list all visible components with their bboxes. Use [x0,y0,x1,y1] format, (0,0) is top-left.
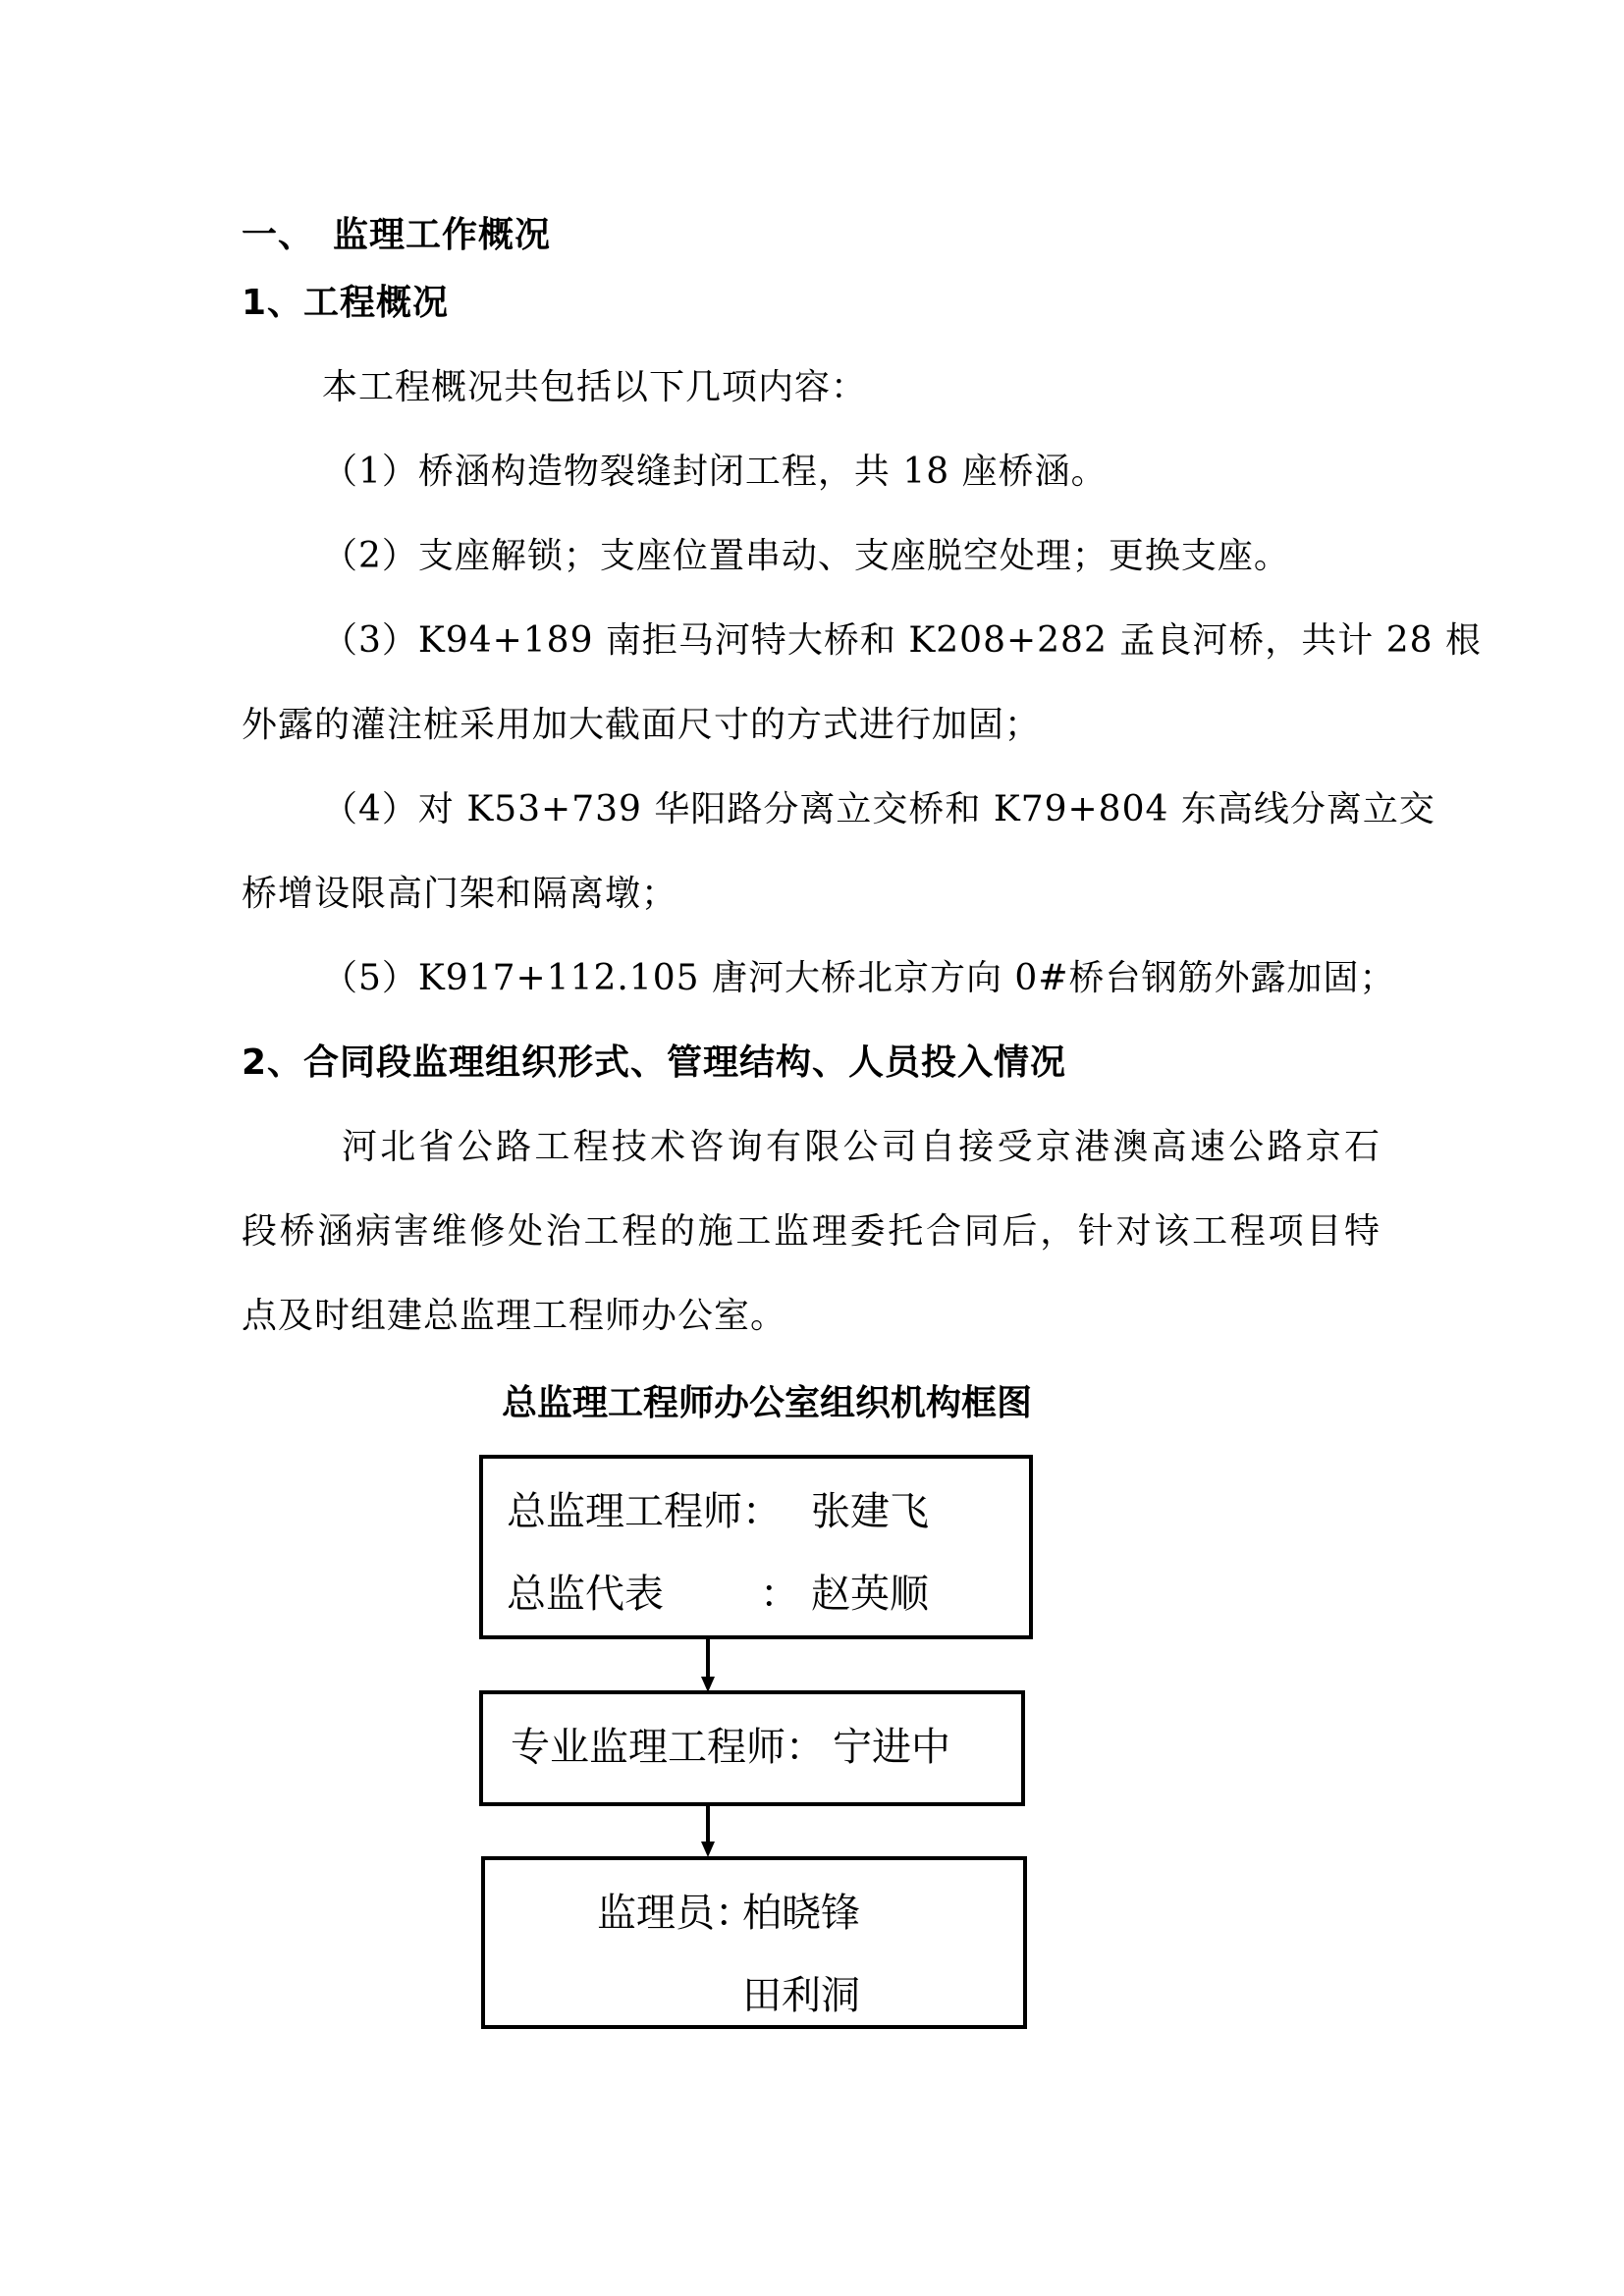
list-item-4-line-1: （4）对 K53+739 华阳路分离立交桥和 K79+804 东高线分离立交 [275,788,1380,831]
specialist-engineer-name: 宁进中 [833,1724,950,1771]
org-box-chief-engineer: 总监理工程师： 张建飞 总监代表 ： 赵英顺 [479,1455,1033,1639]
list-item-4-line-2: 桥增设限高门架和隔离墩； [242,873,677,916]
org-box-supervisors: 监理员： 柏晓锋 田利洞 [481,1856,1027,2029]
chief-representative-colon: ： [760,1571,799,1618]
subsection-title-project-overview: 1、工程概况 [242,282,449,325]
chief-engineer-label: 总监理工程师： [507,1488,782,1535]
list-item-5: （5）K917+112.105 唐河大桥北京方向 0#桥台钢筋外露加固； [322,957,1396,1000]
supervisor-name-2: 田利洞 [742,1972,860,2019]
arrow-down-line [706,1639,710,1679]
list-item-1: （1）桥涵构造物裂缝封闭工程，共 18 座桥涵。 [322,451,1108,494]
specialist-engineer-label: 专业监理工程师： [511,1724,825,1771]
org-paragraph-line-1: 河北省公路工程技术咨询有限公司自接受京港澳高速公路京石 [275,1126,1380,1169]
chief-engineer-name: 张建飞 [811,1488,929,1535]
list-item-3-line-1: （3）K94+189 南拒马河特大桥和 K208+282 孟良河桥，共计 28 … [275,619,1380,663]
section-title: 一、 监理工作概况 [242,214,551,257]
list-item-3-line-2: 外露的灌注桩采用加大截面尺寸的方式进行加固； [242,704,1041,747]
arrow-down-line [706,1806,710,1843]
chief-representative-label: 总监代表 [507,1571,664,1618]
chief-representative-name: 赵英顺 [811,1571,929,1618]
list-item-2: （2）支座解锁；支座位置串动、支座脱空处理；更换支座。 [322,535,1290,578]
org-chart-title: 总监理工程师办公室组织机构框图 [477,1382,1056,1425]
supervisor-label: 监理员： [597,1890,754,1937]
org-paragraph-line-3: 点及时组建总监理工程师办公室。 [242,1295,786,1338]
supervisor-name-1: 柏晓锋 [742,1890,860,1937]
org-box-specialist-engineer: 专业监理工程师： 宁进中 [479,1690,1025,1806]
arrow-down-icon [701,1842,715,1857]
intro-paragraph: 本工程概况共包括以下几项内容： [322,366,867,409]
document-page: 一、 监理工作概况 1、工程概况 本工程概况共包括以下几项内容： （1）桥涵构造… [0,0,1624,2296]
subsection-title-organization: 2、合同段监理组织形式、管理结构、人员投入情况 [242,1041,1066,1085]
org-paragraph-line-2: 段桥涵病害维修处治工程的施工监理委托合同后，针对该工程项目特 [242,1210,1380,1254]
